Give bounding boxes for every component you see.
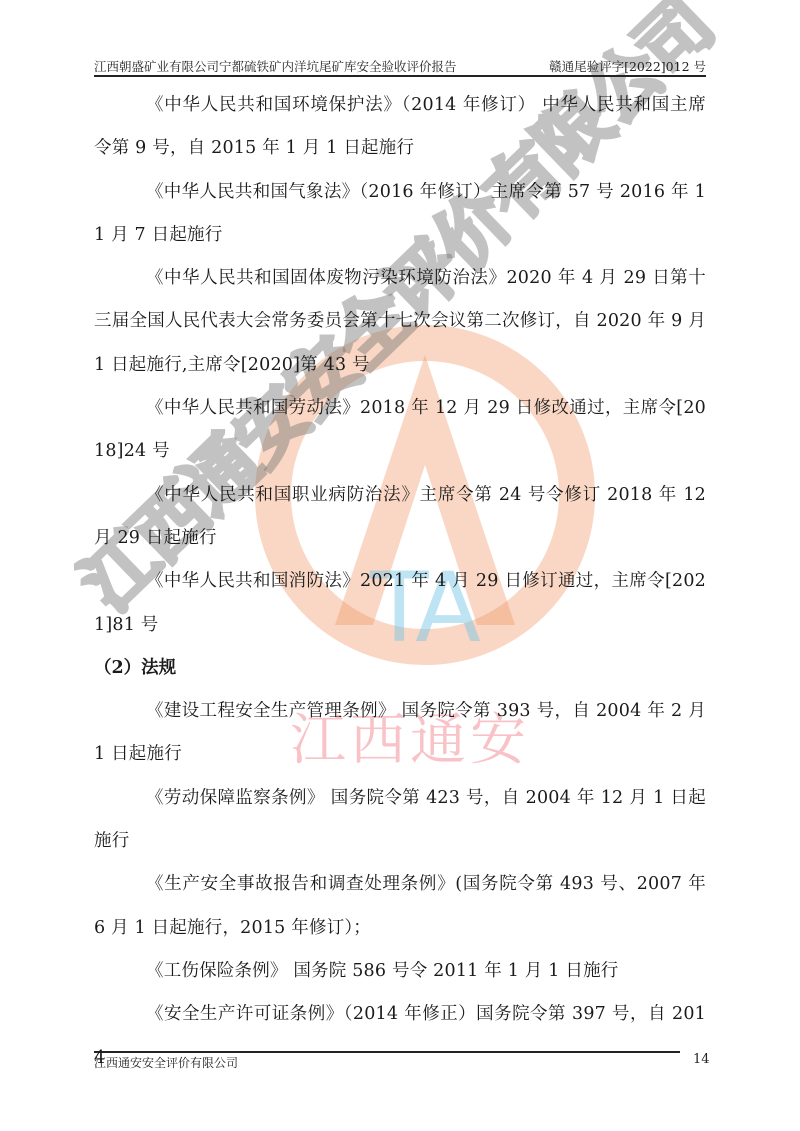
regulation-item-safety-license: 《安全生产许可证条例》（2014 年修正）国务院令第 397 号，自 2014 <box>94 993 706 1080</box>
law-item-solid-waste: 《中华人民共和国固体废物污染环境防治法》2020 年 4 月 29 日第十三届全… <box>94 257 706 387</box>
law-item-labor: 《中华人民共和国劳动法》2018 年 12 月 29 日修改通过，主席令[201… <box>94 387 706 474</box>
regulation-item-work-injury: 《工伤保险条例》 国务院 586 号令 2011 年 1 月 1 日施行 <box>94 950 706 993</box>
law-item-fire-protection: 《中华人民共和国消防法》2021 年 4 月 29 日修订通过，主席令[2021… <box>94 560 706 647</box>
document-body: 《中华人民共和国环境保护法》（2014 年修订） 中华人民共和国主席令第 9 号… <box>94 84 706 1080</box>
regulation-item-accident-reporting: 《生产安全事故报告和调查处理条例》(国务院令第 493 号、2007 年 6 月… <box>94 863 706 950</box>
page-header: 江西朝盛矿业有限公司宁都硫铁矿内洋坑尾矿库安全验收评价报告 赣通尾验评字[202… <box>94 53 706 75</box>
document-page: TA 江西通安 江西通安安全评价有限公司 江西朝盛矿业有限公司宁都硫铁矿内洋坑尾… <box>0 0 800 1131</box>
law-item-meteorology: 《中华人民共和国气象法》（2016 年修订）主席令第 57 号 2016 年 1… <box>94 171 706 258</box>
section-heading-regulations: （2）法规 <box>94 647 706 690</box>
regulation-item-construction-safety: 《建设工程安全生产管理条例》 国务院令第 393 号，自 2004 年 2 月 … <box>94 690 706 777</box>
header-divider <box>94 75 706 77</box>
regulation-item-labor-inspection: 《劳动保障监察条例》 国务院令第 423 号，自 2004 年 12 月 1 日… <box>94 777 706 864</box>
law-item-environmental-protection: 《中华人民共和国环境保护法》（2014 年修订） 中华人民共和国主席令第 9 号… <box>94 84 706 171</box>
report-title: 江西朝盛矿业有限公司宁都硫铁矿内洋坑尾矿库安全验收评价报告 <box>94 57 457 75</box>
law-item-occupational-disease: 《中华人民共和国职业病防治法》主席令第 24 号令修订 2018 年 12 月 … <box>94 474 706 561</box>
report-number: 赣通尾验评字[2022]012 号 <box>549 57 706 75</box>
